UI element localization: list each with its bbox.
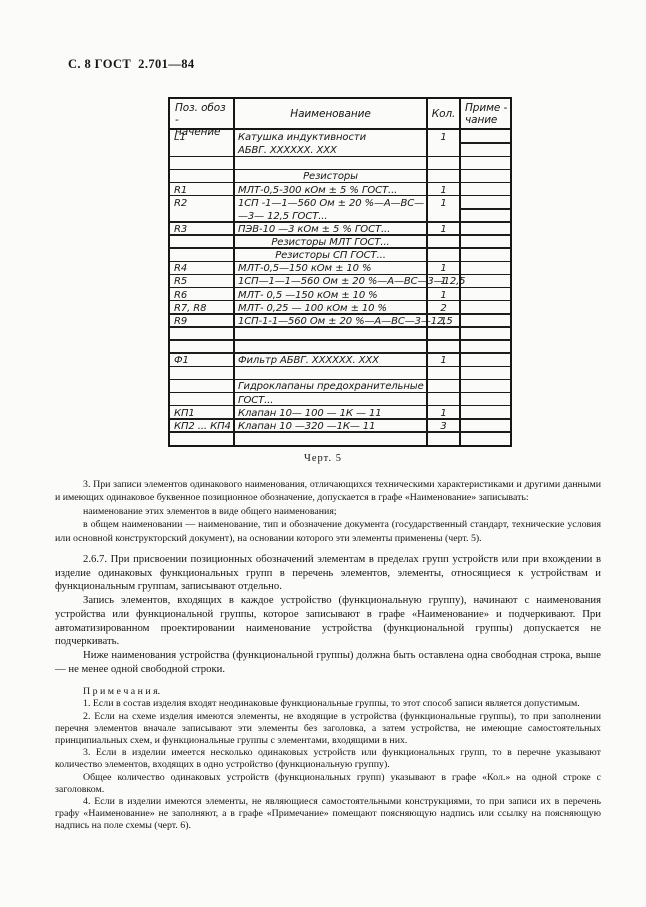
note-row-line <box>460 142 510 144</box>
row-line <box>170 234 510 236</box>
row-line <box>170 392 510 394</box>
page-header: С. 8 ГОСТ 2.701—84 <box>68 57 195 72</box>
note-row-line <box>460 208 510 210</box>
pos-cell: R2 <box>174 196 231 210</box>
row-line <box>170 247 510 249</box>
elements-table: Поз. обоз - начение Наименование Кол. Пр… <box>168 97 512 447</box>
document-page: { "document": { "page_header": "С. 8 ГОС… <box>0 0 646 907</box>
note-item: 1. Если в состав изделия входят неодинак… <box>55 698 601 710</box>
row-line <box>170 339 510 341</box>
paragraph: в общем наименовании — наименование, тип… <box>55 518 601 545</box>
row-line <box>170 379 510 381</box>
paragraph: наименование этих элементов в виде общег… <box>55 505 601 518</box>
row-line <box>170 287 510 289</box>
row-line <box>170 195 510 197</box>
row-line <box>170 326 510 328</box>
pos-cell: L1 <box>174 130 231 144</box>
row-line <box>170 261 510 263</box>
row-line <box>170 221 510 223</box>
paragraph: Запись элементов, входящих в каждое устр… <box>55 594 601 649</box>
notes-title: П р и м е ч а н и я. <box>55 685 601 698</box>
row-line <box>170 418 510 420</box>
paragraph: Ниже наименования устройства (функционал… <box>55 649 601 676</box>
row-line <box>170 169 510 171</box>
paragraph: 3. При записи элементов одинакового наим… <box>55 478 601 505</box>
row-line <box>170 352 510 354</box>
clause-2-6-7: 2.6.7. При присвоении позиционных обозна… <box>55 553 601 594</box>
row-line <box>170 405 510 407</box>
row-line <box>170 300 510 302</box>
column-header-qty: Кол. <box>427 108 460 120</box>
row-line <box>170 431 510 433</box>
row-line <box>170 156 510 158</box>
column-header-note: Приме - чание <box>465 102 509 126</box>
name-cell: Катушка индуктивности АБВГ. ХХХХХХ. ХХХ <box>238 130 425 157</box>
name-cell: 1СП -1—1—560 Ом ± 20 %—А—ВС— —3— 12,5 ГО… <box>238 196 425 223</box>
note-item: Общее количество одинаковых устройств (ф… <box>55 772 601 796</box>
note-item: 2. Если на схеме изделия имеются элемент… <box>55 711 601 748</box>
row-line <box>170 313 510 315</box>
qty-cell: 1 <box>427 130 460 144</box>
row-line <box>170 182 510 184</box>
figure-caption: Черт. 5 <box>0 453 646 464</box>
column-header-name: Наименование <box>236 108 425 120</box>
note-item: 4. Если в изделии имеются элементы, не я… <box>55 796 601 833</box>
qty-cell: 1 <box>427 196 460 210</box>
row-line <box>170 274 510 276</box>
row-line <box>170 366 510 368</box>
body-text: 3. При записи элементов одинакового наим… <box>55 478 601 833</box>
note-item: 3. Если в изделии имеется несколько один… <box>55 747 601 771</box>
